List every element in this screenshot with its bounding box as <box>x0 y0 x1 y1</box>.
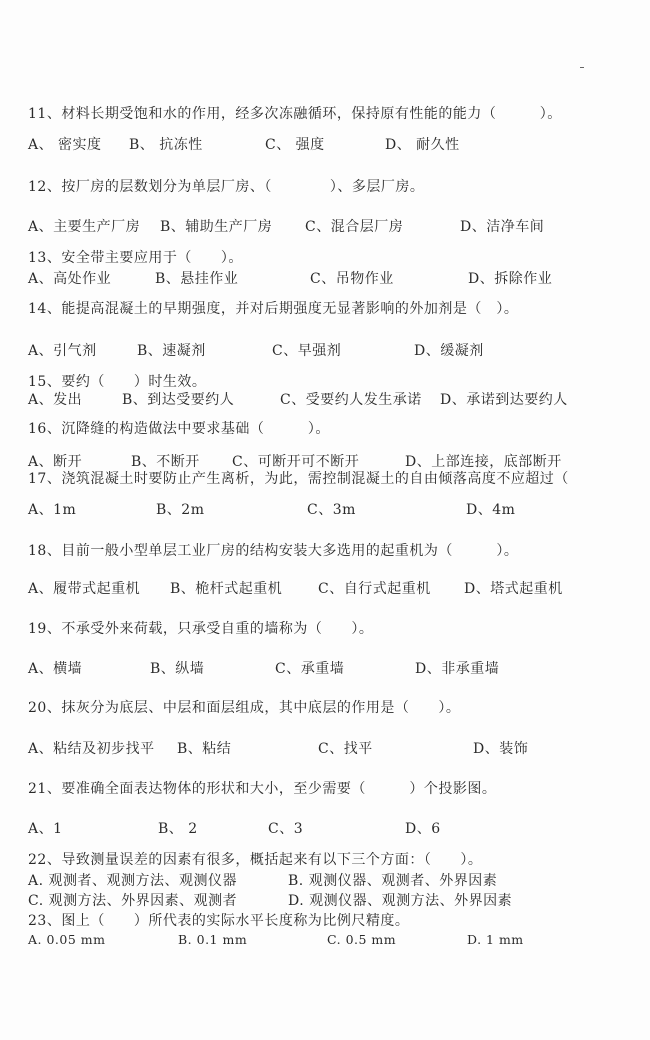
q21-option-c[interactable]: C、3 <box>268 818 303 838</box>
q15-option-b[interactable]: B、到达受要约人 <box>122 389 234 409</box>
q12-option-d[interactable]: D、洁净车间 <box>460 216 544 236</box>
q23-option-a[interactable]: A. 0.05 mm <box>28 932 106 947</box>
question-13-stem: 13、安全带主要应用于（ ）。 <box>28 247 243 267</box>
q20-option-d[interactable]: D、装饰 <box>473 738 528 758</box>
q23-option-b[interactable]: B. 0.1 mm <box>178 932 247 947</box>
q15-option-c[interactable]: C、受要约人发生承诺 <box>280 389 422 409</box>
q11-option-c[interactable]: C、 强度 <box>265 134 325 154</box>
question-21-stem: 21、要准确全面表达物体的形状和大小，至少需要（ ）个投影图。 <box>28 778 496 798</box>
q14-option-d[interactable]: D、缓凝剂 <box>414 340 484 360</box>
q23-option-c[interactable]: C. 0.5 mm <box>327 932 396 947</box>
q23-option-d[interactable]: D. 1 mm <box>467 932 524 947</box>
q14-option-c[interactable]: C、早强剂 <box>272 340 341 360</box>
q17-option-c[interactable]: C、3m <box>307 499 356 519</box>
q12-option-b[interactable]: B、辅助生产厂房 <box>160 216 272 236</box>
q19-option-a[interactable]: A、横墙 <box>28 658 82 678</box>
q14-option-b[interactable]: B、速凝剂 <box>137 340 206 360</box>
q21-option-b[interactable]: B、 2 <box>158 818 198 838</box>
question-19-stem: 19、不承受外来荷载，只承受自重的墙称为（ ）。 <box>28 618 373 638</box>
q21-option-d[interactable]: D、6 <box>405 818 441 838</box>
q18-option-d[interactable]: D、塔式起重机 <box>464 578 563 598</box>
q20-option-c[interactable]: C、找平 <box>318 738 373 758</box>
q12-option-c[interactable]: C、混合层厂房 <box>305 216 403 236</box>
q22-option-c[interactable]: C. 观测方法、外界因素、观测者 <box>28 890 237 910</box>
q15-option-d[interactable]: D、承诺到达要约人 <box>440 389 568 409</box>
question-20-stem: 20、抹灰分为底层、中层和面层组成，其中底层的作用是（ ）。 <box>28 697 460 717</box>
question-23-stem: 23、图上（ ）所代表的实际水平长度称为比例尺精度。 <box>28 910 409 930</box>
q17-option-d[interactable]: D、4m <box>466 499 515 519</box>
q22-option-a[interactable]: A. 观测者、观测方法、观测仪器 <box>28 870 237 890</box>
question-18-stem: 18、目前一般小型单层工业厂房的结构安装大多选用的起重机为（ ）。 <box>28 540 518 560</box>
q20-option-b[interactable]: B、粘结 <box>177 738 231 758</box>
question-22-stem: 22、导致测量误差的因素有很多，概括起来有以下三个方面：（ ）。 <box>28 849 482 869</box>
q13-option-a[interactable]: A、高处作业 <box>28 268 111 288</box>
q20-option-a[interactable]: A、粘结及初步找平 <box>28 738 155 758</box>
q17-option-a[interactable]: A、1m <box>28 499 76 519</box>
q19-option-c[interactable]: C、承重墙 <box>275 658 344 678</box>
q13-option-c[interactable]: C、吊物作业 <box>310 268 394 288</box>
q18-option-c[interactable]: C、自行式起重机 <box>318 578 431 598</box>
q11-option-a[interactable]: A、 密实度 <box>28 134 102 154</box>
q13-option-b[interactable]: B、悬挂作业 <box>155 268 238 288</box>
question-17-stem: 17、浇筑混凝土时要防止产生离析，为此，需控制混凝土的自由倾落高度不应超过（ <box>28 468 569 488</box>
q14-option-a[interactable]: A、引气剂 <box>28 340 97 360</box>
scan-mark <box>580 67 584 68</box>
question-14-stem: 14、能提高混凝土的早期强度，并对后期强度无显著影响的外加剂是（ ）。 <box>28 298 518 318</box>
q18-option-a[interactable]: A、履带式起重机 <box>28 578 140 598</box>
question-11-stem: 11、材料长期受饱和水的作用，经多次冻融循环，保持原有性能的能力（ ）。 <box>28 103 562 123</box>
q21-option-a[interactable]: A、1 <box>28 818 63 838</box>
question-16-stem: 16、沉降缝的构造做法中要求基础（ ）。 <box>28 418 330 438</box>
q19-option-b[interactable]: B、纵墙 <box>150 658 204 678</box>
q17-option-b[interactable]: B、2m <box>156 499 204 519</box>
q22-option-d[interactable]: D. 观测仪器、观测方法、外界因素 <box>288 890 512 910</box>
q19-option-d[interactable]: D、非承重墙 <box>415 658 499 678</box>
exam-page: 11、材料长期受饱和水的作用，经多次冻融循环，保持原有性能的能力（ ）。 A、 … <box>0 0 650 1040</box>
q12-option-a[interactable]: A、主要生产厂房 <box>28 216 140 236</box>
q13-option-d[interactable]: D、拆除作业 <box>468 268 552 288</box>
q22-option-b[interactable]: B. 观测仪器、观测者、外界因素 <box>288 870 497 890</box>
q11-option-d[interactable]: D、 耐久性 <box>385 134 460 154</box>
q15-option-a[interactable]: A、发出 <box>28 389 82 409</box>
question-12-stem: 12、按厂房的层数划分为单层厂房、（ ）、多层厂房。 <box>28 176 424 196</box>
question-15-stem: 15、要约（ ）时生效。 <box>28 371 206 391</box>
q18-option-b[interactable]: B、桅杆式起重机 <box>170 578 282 598</box>
q11-option-b[interactable]: B、 抗冻性 <box>129 134 203 154</box>
